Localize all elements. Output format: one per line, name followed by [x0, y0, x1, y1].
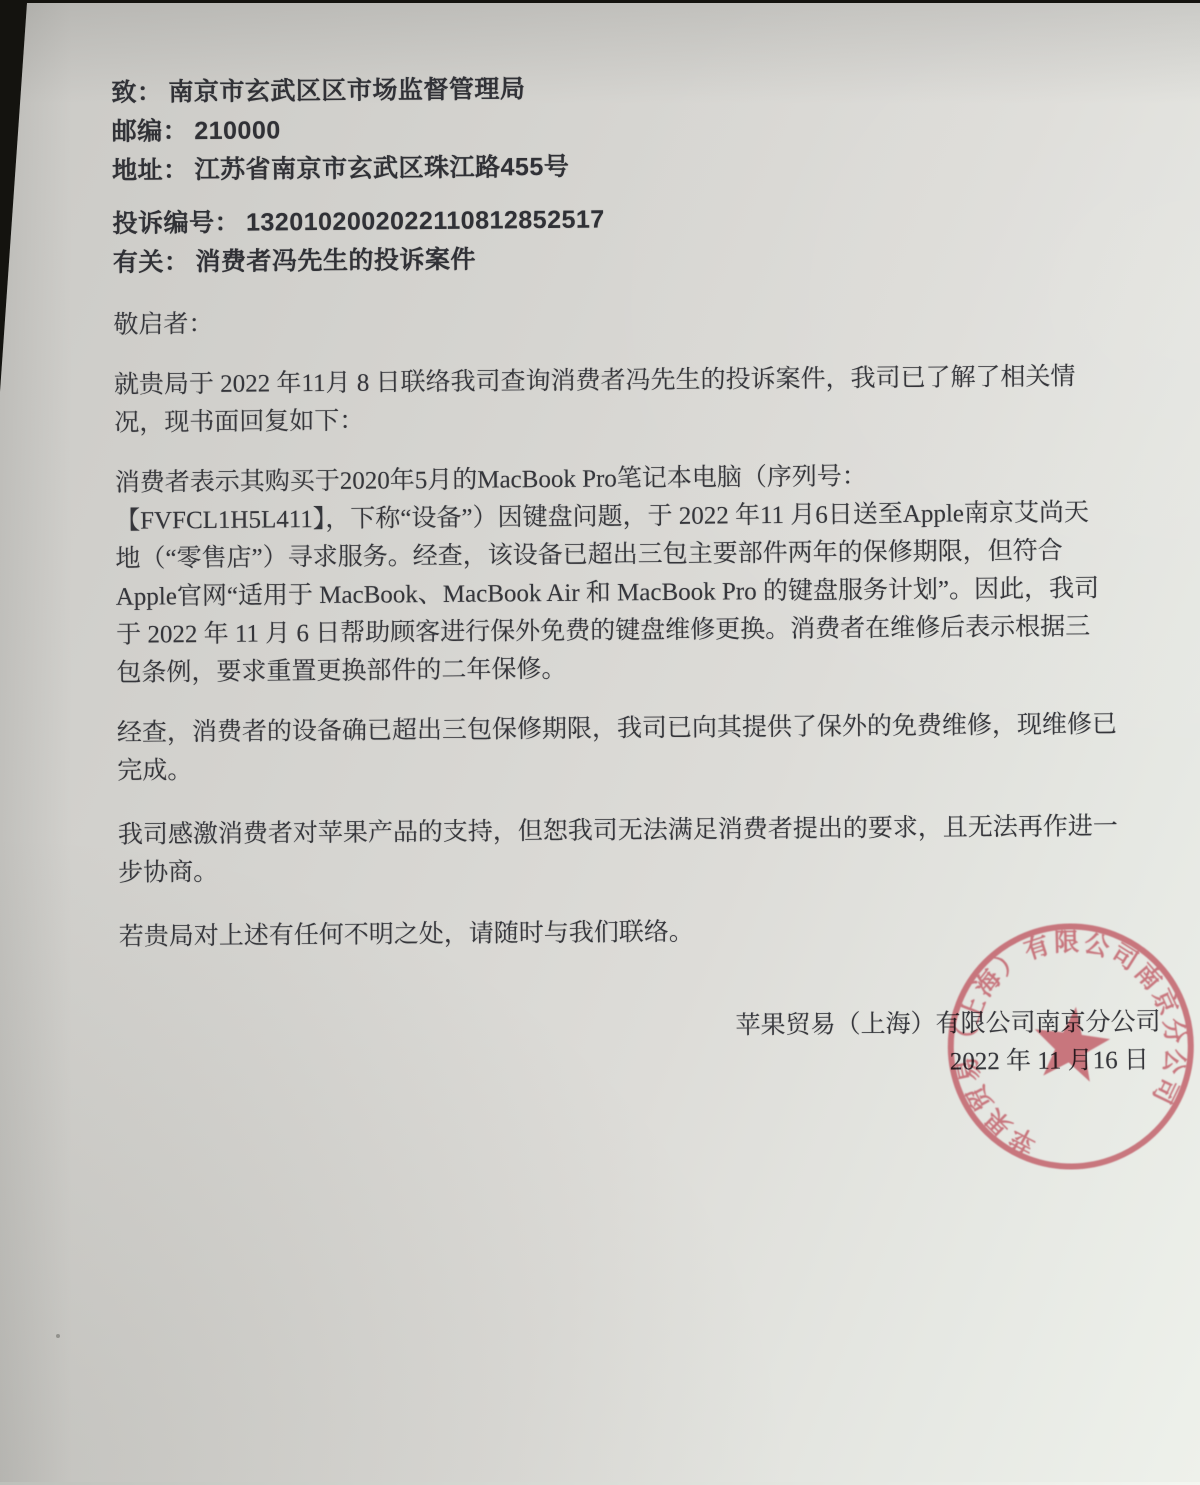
body-paragraph: 我司感激消费者对苹果产品的支持，但恕我司无法满足消费者提出的要求，且无法再作进一…	[118, 808, 1160, 893]
subject-label: 有关：	[113, 248, 190, 277]
complaint-number-value: 1320102002022110812852517	[246, 206, 605, 237]
subject-line: 有关：消费者冯先生的投诉案件	[113, 235, 1154, 283]
subject-value: 消费者冯先生的投诉案件	[195, 246, 476, 276]
body-line: 况，现书面回复如下：	[114, 396, 1155, 443]
recipient-value: 南京市玄武区区市场监督管理局	[168, 75, 525, 106]
letter-content: 致：南京市玄武区区市场监督管理局 邮编：210000 地址：江苏省南京市玄武区珠…	[111, 65, 1161, 1089]
salutation: 敬启者：	[113, 298, 1154, 345]
address-label: 地址：	[112, 156, 189, 185]
recipient-label: 致：	[111, 78, 162, 106]
address-line: 地址：江苏省南京市玄武区珠江路455号	[112, 143, 1153, 191]
case-meta-block: 投诉编号：1320102002022110812852517 有关：消费者冯先生…	[112, 196, 1154, 283]
seal-star-icon	[1029, 1002, 1114, 1084]
address-value: 江苏省南京市玄武区珠江路455号	[194, 153, 569, 184]
recipient-block: 致：南京市玄武区区市场监督管理局 邮编：210000 地址：江苏省南京市玄武区珠…	[111, 65, 1153, 191]
letter-paper: 致：南京市玄武区区市场监督管理局 邮编：210000 地址：江苏省南京市玄武区珠…	[0, 0, 1200, 1485]
paper-speck	[56, 1334, 60, 1338]
body-paragraphs: 就贵局于 2022 年11月 8 日联络我司查询消费者冯先生的投诉案件，我司已了…	[114, 358, 1160, 957]
body-paragraph: 经查，消费者的设备确已超出三包保修期限，我司已向其提供了保外的免费维修，现维修已…	[117, 706, 1159, 791]
body-paragraph: 消费者表示其购买于2020年5月的MacBook Pro笔记本电脑（序列号：【F…	[115, 456, 1158, 693]
postcode-label: 邮编：	[112, 117, 189, 146]
body-paragraph: 就贵局于 2022 年11月 8 日联络我司查询消费者冯先生的投诉案件，我司已了…	[114, 358, 1156, 443]
complaint-number-label: 投诉编号：	[112, 209, 240, 238]
postcode-value: 210000	[194, 116, 281, 145]
company-seal-stamp: 苹果贸易（上海）有限公司南京分公司	[930, 905, 1200, 1187]
body-line: 包条例，要求重置更换部件的二年保修。	[116, 646, 1157, 693]
